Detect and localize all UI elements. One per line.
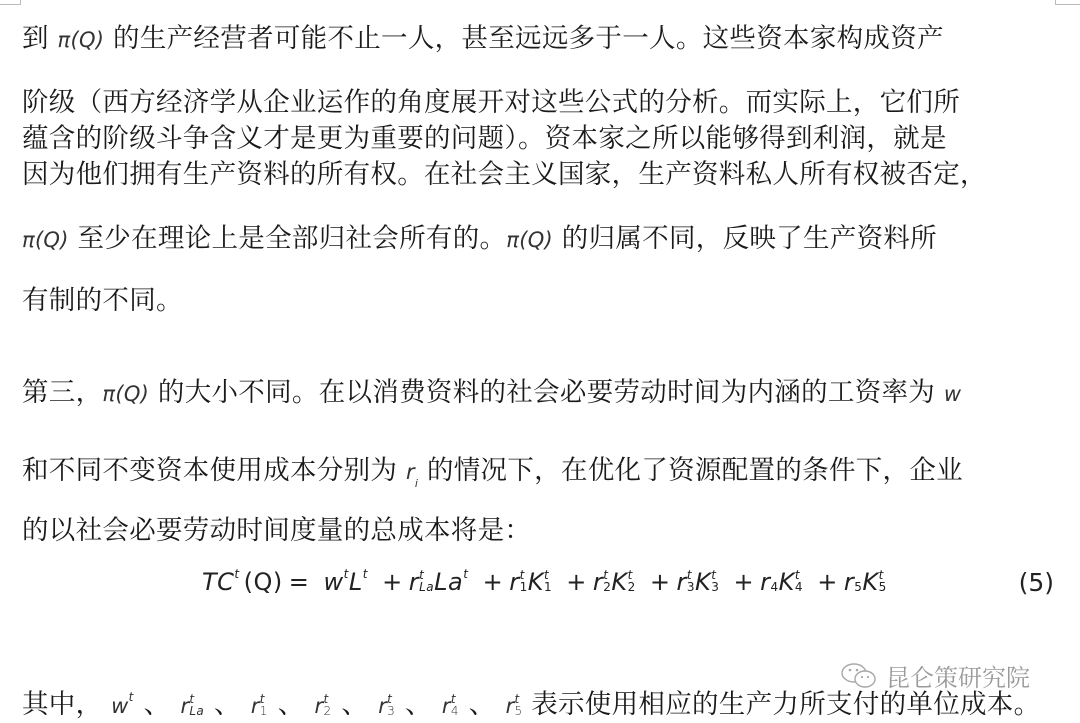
separator: 、 — [405, 689, 432, 720]
plus: + — [382, 568, 403, 596]
separator: 、 — [341, 689, 368, 720]
plus: + — [566, 568, 587, 596]
math-La: La — [434, 568, 463, 596]
supsub: t2 — [603, 569, 611, 593]
math-var-r4: rt4 — [442, 694, 459, 718]
wechat-icon — [840, 662, 878, 690]
paragraph-line-1: 到 π(Q) 的生产经营者可能不止一人，甚至远远多于一人。这些资本家构成资产 — [22, 22, 1058, 57]
supsub: t3 — [687, 569, 695, 593]
page-corner-mark-right — [1055, 0, 1080, 5]
math-pi-q: π(Q) — [506, 228, 553, 252]
math-K: K — [862, 568, 878, 596]
separator: 、 — [214, 689, 241, 720]
supsub: t1 — [544, 569, 552, 593]
text: 表示使用相应的生产力所支付的单位成本。 — [531, 689, 1040, 720]
math-tc: TC — [202, 568, 234, 596]
formula-total-cost: TCt(Q)= wtLt +rtLaLat +rt1Kt1 +rt2Kt2 +r… — [202, 568, 887, 596]
paragraph-line-7: 第三，π(Q) 的大小不同。在以消费资料的社会必要劳动时间为内涵的工资率为 w — [22, 376, 1058, 411]
text: 至少在理论上是全部归社会所有的。 — [69, 223, 507, 254]
math-var-r1: rt1 — [251, 694, 268, 718]
paragraph-line-8: 和不同不变资本使用成本分别为 ri 的情况下，在优化了资源配置的条件下，企业 — [22, 454, 1058, 493]
supsub: t4 — [795, 569, 803, 593]
math-pi-q: π(Q) — [22, 228, 69, 252]
supsub: t3 — [711, 569, 719, 593]
paragraph-line-9: 的以社会必要劳动时间度量的总成本将是： — [22, 514, 1058, 548]
supsub: 5 — [854, 569, 862, 593]
math-var-r5: rt5 — [506, 694, 523, 718]
equation-number: (5) — [1019, 568, 1054, 597]
separator: 、 — [469, 689, 496, 720]
math-r: r — [760, 568, 770, 596]
math-pi-q: π(Q) — [58, 28, 105, 52]
math-r: r — [593, 568, 603, 596]
plus: + — [483, 568, 504, 596]
math-w: w — [324, 568, 344, 596]
text: 其中， — [22, 689, 102, 720]
math-r: r — [409, 568, 419, 596]
paragraph-line-3: 蕴含的阶级斗争含义才是更为重要的问题）。资本家之所以能够得到利润，就是 — [22, 122, 1058, 156]
math-pi-q: π(Q) — [102, 382, 149, 406]
math-var-r2: rt2 — [315, 694, 332, 718]
sup: t — [363, 567, 368, 581]
sup: t — [463, 567, 468, 581]
paragraph-line-6: 有制的不同。 — [22, 284, 1058, 318]
math-L: L — [349, 568, 363, 596]
supsub: t5 — [879, 569, 887, 593]
math-var-r-la: rtLa — [180, 694, 204, 718]
math-K: K — [779, 568, 795, 596]
plus: + — [734, 568, 755, 596]
supsub: t1 — [520, 569, 528, 593]
separator: 、 — [278, 689, 305, 720]
text: 和不同不变资本使用成本分别为 — [22, 455, 406, 486]
math-var-w: w — [944, 382, 961, 406]
math-r: r — [509, 568, 519, 596]
separator: 、 — [144, 689, 171, 720]
plus: + — [817, 568, 838, 596]
text: 第三， — [22, 377, 102, 408]
text: 的归属不同，反映了生产资料所 — [553, 223, 937, 254]
math-var-r: r — [406, 460, 415, 484]
supsub: t2 — [628, 569, 636, 593]
supsub: tLa — [419, 569, 434, 593]
math-r: r — [677, 568, 687, 596]
text: 的情况下，在优化了资源配置的条件下，企业 — [418, 455, 963, 486]
math-var-r3: rt3 — [378, 694, 395, 718]
math-K: K — [695, 568, 711, 596]
text: 到 — [22, 23, 58, 54]
math-sub-i: i — [415, 477, 418, 490]
text: 的生产经营者可能不止一人，甚至远远多于一人。这些资本家构成资产 — [104, 23, 944, 54]
sup: t — [344, 567, 349, 581]
math-r: r — [844, 568, 854, 596]
paragraph-line-4: 因为他们拥有生产资料的所有权。在社会主义国家，生产资料私人所有权被否定， — [22, 158, 1058, 192]
text: 的大小不同。在以消费资料的社会必要劳动时间为内涵的工资率为 — [149, 377, 944, 408]
math-arg: (Q) — [244, 568, 283, 596]
math-K: K — [528, 568, 544, 596]
math-K: K — [611, 568, 627, 596]
paragraph-line-5: π(Q) 至少在理论上是全部归社会所有的。π(Q) 的归属不同，反映了生产资料所 — [22, 222, 1058, 257]
supsub: 4 — [771, 569, 779, 593]
sup: t — [234, 567, 239, 581]
page-corner-mark-left — [0, 0, 21, 5]
math-var-w: wt — [111, 694, 134, 718]
paragraph-line-10: 其中， wt、rtLa、rt1、rt2、rt3、rt4、rt5 表示使用相应的生… — [22, 688, 1058, 723]
equals: = — [289, 568, 310, 596]
plus: + — [650, 568, 671, 596]
paragraph-line-2: 阶级（西方经济学从企业运作的角度展开对这些公式的分析。而实际上，它们所 — [22, 86, 1058, 120]
